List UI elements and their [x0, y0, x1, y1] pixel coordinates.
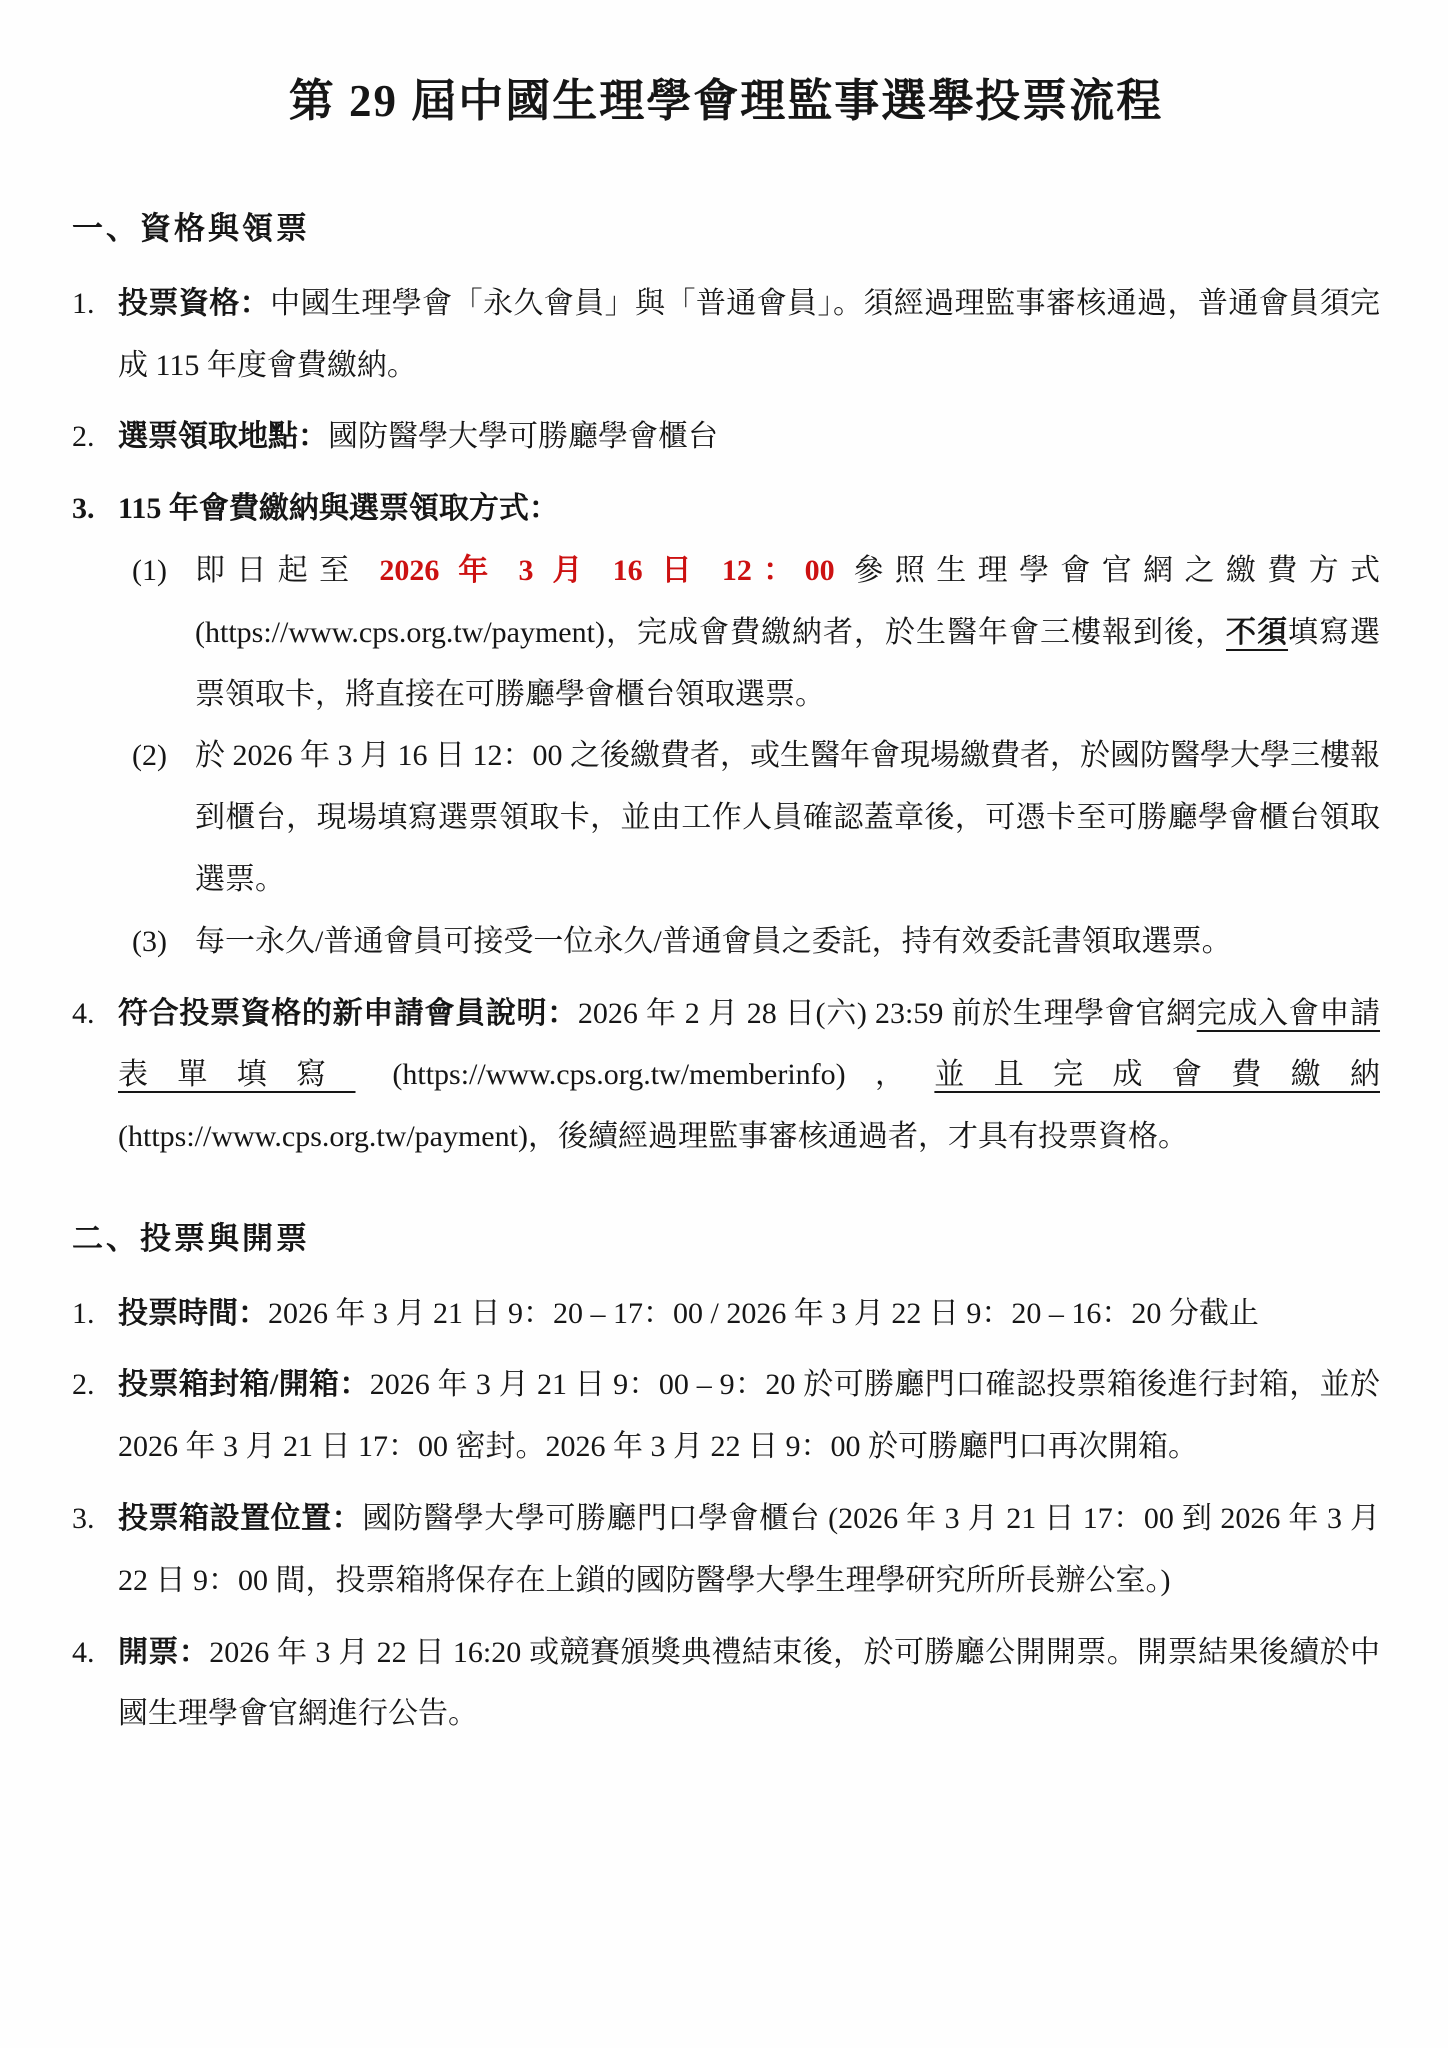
text-run: 開票： [118, 1636, 209, 1669]
item-marker: 4. [72, 983, 95, 1045]
sub-list-item: (2)於 2026 年 3 月 16 日 12：00 之後繳費者，或生醫年會現場… [132, 725, 1380, 910]
text-run: 2026 年 3 月 21 日 9：20 – 17：00 / 2026 年 3 … [268, 1297, 1259, 1330]
text-run: 投票資格： [118, 287, 270, 320]
item-text: 投票資格：中國生理學會「永久會員」與「普通會員」。須經過理監事審核通過，普通會員… [118, 287, 1380, 382]
text-run: 投票箱設置位置： [118, 1502, 362, 1535]
subitem-marker: (1) [132, 540, 167, 602]
item-marker: 1. [72, 1283, 95, 1345]
item-text: 選票領取地點：國防醫學大學可勝廳學會櫃台 [118, 420, 718, 453]
text-run: 即日起至 [195, 554, 379, 587]
subitem-text: 即日起至 2026 年 3 月 16 日 12：00 參照生理學會官網之繳費方式… [195, 554, 1380, 711]
url-text: (https://www.cps.org.tw/memberinfo)， [356, 1058, 935, 1091]
item-text: 115 年會費繳納與選票領取方式： [118, 492, 559, 525]
item-marker: 4. [72, 1622, 95, 1684]
item-marker: 3. [72, 1488, 95, 1550]
item-text: 符合投票資格的新申請會員說明：2026 年 2 月 28 日(六) 23:59 … [118, 997, 1380, 1154]
list-item: 4.符合投票資格的新申請會員說明：2026 年 2 月 28 日(六) 23:5… [72, 983, 1380, 1168]
subitem-text: 於 2026 年 3 月 16 日 12：00 之後繳費者，或生醫年會現場繳費者… [195, 739, 1380, 896]
item-marker: 1. [72, 273, 95, 335]
subitem-marker: (2) [132, 725, 167, 787]
sub-list-item: (3)每一永久/普通會員可接受一位永久/普通會員之委託，持有效委託書領取選票。 [132, 911, 1380, 973]
section-heading: 一、資格與領票 [72, 210, 1380, 249]
list-item: 1.投票時間：2026 年 3 月 21 日 9：20 – 17：00 / 20… [72, 1283, 1380, 1345]
text-run: 於 2026 年 3 月 16 日 12：00 之後繳費者，或生醫年會現場繳費者… [195, 739, 1380, 896]
item-marker: 2. [72, 1354, 95, 1416]
item-text: 開票：2026 年 3 月 22 日 16:20 或競賽頒獎典禮結束後，於可勝廳… [118, 1636, 1380, 1731]
item-marker: 3. [72, 478, 95, 540]
text-run: 2026 年 3 月 22 日 16:20 或競賽頒獎典禮結束後，於可勝廳公開開… [118, 1636, 1380, 1731]
document-page: 第 29 屆中國生理學會理監事選舉投票流程 一、資格與領票1.投票資格：中國生理… [0, 0, 1448, 2048]
text-run: 2026 年 2 月 28 日(六) 23:59 前於生理學會官網 [578, 997, 1197, 1030]
text-run: 國防醫學大學可勝廳學會櫃台 [328, 420, 718, 453]
text-run: 不須 [1226, 616, 1288, 649]
text-run: 2026 年 3 月 16 日 12：00 [379, 554, 834, 587]
list-item: 3.投票箱設置位置：國防醫學大學可勝廳門口學會櫃台 (2026 年 3 月 21… [72, 1488, 1380, 1612]
item-list: 1.投票時間：2026 年 3 月 21 日 9：20 – 17：00 / 20… [72, 1283, 1380, 1746]
subitem-marker: (3) [132, 911, 167, 973]
item-marker: 2. [72, 406, 95, 468]
list-item: 2.投票箱封箱/開箱：2026 年 3 月 21 日 9：00 – 9：20 於… [72, 1354, 1380, 1478]
item-text: 投票時間：2026 年 3 月 21 日 9：20 – 17：00 / 2026… [118, 1297, 1259, 1330]
page-title: 第 29 屆中國生理學會理監事選舉投票流程 [72, 74, 1380, 128]
text-run: 符合投票資格的新申請會員說明： [118, 997, 578, 1030]
subitem-text: 每一永久/普通會員可接受一位永久/普通會員之委託，持有效委託書領取選票。 [195, 925, 1232, 958]
text-run: 投票箱封箱/開箱： [118, 1368, 370, 1401]
text-run: 每一永久/普通會員可接受一位永久/普通會員之委託，持有效委託書領取選票。 [195, 925, 1232, 958]
section-heading: 二、投票與開票 [72, 1220, 1380, 1259]
list-item: 2.選票領取地點：國防醫學大學可勝廳學會櫃台 [72, 406, 1380, 468]
item-list: 1.投票資格：中國生理學會「永久會員」與「普通會員」。須經過理監事審核通過，普通… [72, 273, 1380, 1168]
document-body: 一、資格與領票1.投票資格：中國生理學會「永久會員」與「普通會員」。須經過理監事… [72, 210, 1380, 1745]
text-run: 投票時間： [118, 1297, 268, 1330]
list-item: 3.115 年會費繳納與選票領取方式：(1)即日起至 2026 年 3 月 16… [72, 478, 1380, 972]
list-item: 1.投票資格：中國生理學會「永久會員」與「普通會員」。須經過理監事審核通過，普通… [72, 273, 1380, 397]
list-item: 4.開票：2026 年 3 月 22 日 16:20 或競賽頒獎典禮結束後，於可… [72, 1622, 1380, 1746]
text-run: 中國生理學會「永久會員」與「普通會員」。須經過理監事審核通過，普通會員須完成 1… [118, 287, 1380, 382]
text-run: 115 年會費繳納與選票領取方式： [118, 492, 559, 525]
text-run: 並且完成會費繳納 [934, 1058, 1380, 1091]
item-text: 投票箱設置位置：國防醫學大學可勝廳門口學會櫃台 (2026 年 3 月 21 日… [118, 1502, 1380, 1597]
sub-list-item: (1)即日起至 2026 年 3 月 16 日 12：00 參照生理學會官網之繳… [132, 540, 1380, 725]
item-text: 投票箱封箱/開箱：2026 年 3 月 21 日 9：00 – 9：20 於可勝… [118, 1368, 1380, 1463]
url-text: (https://www.cps.org.tw/payment)，後續經過理監事… [118, 1120, 1188, 1153]
text-run: 選票領取地點： [118, 420, 328, 453]
